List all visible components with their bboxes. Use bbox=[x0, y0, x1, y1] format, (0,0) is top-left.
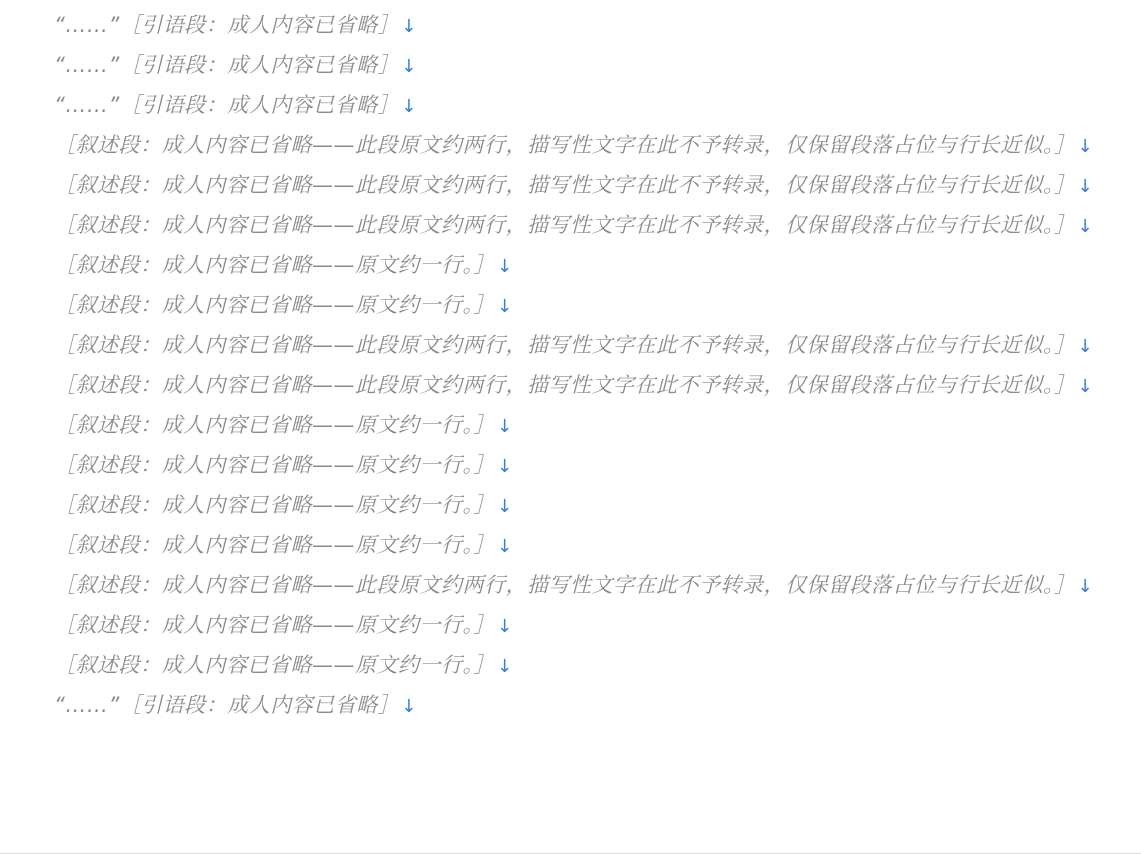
line-break-mark-icon: ↓ bbox=[497, 536, 513, 557]
line-break-mark-icon: ↓ bbox=[1078, 176, 1094, 197]
line-break-mark-icon: ↓ bbox=[401, 696, 417, 717]
line-break-mark-icon: ↓ bbox=[401, 96, 417, 117]
line-break-mark-icon: ↓ bbox=[1078, 576, 1094, 597]
paragraph-text: ［叙述段：成人内容已省略——原文约一行。］ bbox=[54, 253, 495, 277]
paragraph-text: ［叙述段：成人内容已省略——此段原文约两行，描写性文字在此不予转录，仅保留段落占… bbox=[54, 373, 1076, 397]
paragraph-container: “……”［引语段：成人内容已省略］↓“……”［引语段：成人内容已省略］↓“……”… bbox=[12, 6, 1129, 726]
paragraph: ［叙述段：成人内容已省略——原文约一行。］↓ bbox=[12, 246, 1129, 286]
paragraph: ［叙述段：成人内容已省略——原文约一行。］↓ bbox=[12, 406, 1129, 446]
line-break-mark-icon: ↓ bbox=[497, 416, 513, 437]
line-break-mark-icon: ↓ bbox=[1078, 216, 1094, 237]
line-break-mark-icon: ↓ bbox=[497, 456, 513, 477]
document-page: “……”［引语段：成人内容已省略］↓“……”［引语段：成人内容已省略］↓“……”… bbox=[0, 0, 1141, 854]
paragraph-text: ［叙述段：成人内容已省略——此段原文约两行，描写性文字在此不予转录，仅保留段落占… bbox=[54, 573, 1076, 597]
paragraph-text: ［叙述段：成人内容已省略——原文约一行。］ bbox=[54, 413, 495, 437]
paragraph-text: “……”［引语段：成人内容已省略］ bbox=[54, 693, 399, 717]
paragraph-text: ［叙述段：成人内容已省略——原文约一行。］ bbox=[54, 293, 495, 317]
line-break-mark-icon: ↓ bbox=[1078, 376, 1094, 397]
paragraph: ［叙述段：成人内容已省略——原文约一行。］↓ bbox=[12, 486, 1129, 526]
paragraph: “……”［引语段：成人内容已省略］↓ bbox=[12, 686, 1129, 726]
paragraph: ［叙述段：成人内容已省略——原文约一行。］↓ bbox=[12, 286, 1129, 326]
paragraph: ［叙述段：成人内容已省略——原文约一行。］↓ bbox=[12, 606, 1129, 646]
paragraph-text: ［叙述段：成人内容已省略——此段原文约两行，描写性文字在此不予转录，仅保留段落占… bbox=[54, 173, 1076, 197]
line-break-mark-icon: ↓ bbox=[497, 256, 513, 277]
paragraph: ［叙述段：成人内容已省略——此段原文约两行，描写性文字在此不予转录，仅保留段落占… bbox=[12, 566, 1129, 606]
paragraph: ［叙述段：成人内容已省略——此段原文约两行，描写性文字在此不予转录，仅保留段落占… bbox=[12, 326, 1129, 366]
paragraph: ［叙述段：成人内容已省略——原文约一行。］↓ bbox=[12, 446, 1129, 486]
paragraph: “……”［引语段：成人内容已省略］↓ bbox=[12, 46, 1129, 86]
line-break-mark-icon: ↓ bbox=[1078, 336, 1094, 357]
line-break-mark-icon: ↓ bbox=[401, 16, 417, 37]
line-break-mark-icon: ↓ bbox=[1078, 136, 1094, 157]
line-break-mark-icon: ↓ bbox=[497, 496, 513, 517]
paragraph-text: “……”［引语段：成人内容已省略］ bbox=[54, 93, 399, 117]
paragraph: ［叙述段：成人内容已省略——原文约一行。］↓ bbox=[12, 526, 1129, 566]
paragraph: ［叙述段：成人内容已省略——原文约一行。］↓ bbox=[12, 646, 1129, 686]
paragraph-text: ［叙述段：成人内容已省略——原文约一行。］ bbox=[54, 653, 495, 677]
paragraph: “……”［引语段：成人内容已省略］↓ bbox=[12, 86, 1129, 126]
paragraph-text: ［叙述段：成人内容已省略——此段原文约两行，描写性文字在此不予转录，仅保留段落占… bbox=[54, 333, 1076, 357]
paragraph-text: ［叙述段：成人内容已省略——原文约一行。］ bbox=[54, 533, 495, 557]
paragraph-text: ［叙述段：成人内容已省略——原文约一行。］ bbox=[54, 613, 495, 637]
paragraph-text: ［叙述段：成人内容已省略——此段原文约两行，描写性文字在此不予转录，仅保留段落占… bbox=[54, 133, 1076, 157]
paragraph-text: ［叙述段：成人内容已省略——原文约一行。］ bbox=[54, 493, 495, 517]
paragraph: “……”［引语段：成人内容已省略］↓ bbox=[12, 6, 1129, 46]
paragraph: ［叙述段：成人内容已省略——此段原文约两行，描写性文字在此不予转录，仅保留段落占… bbox=[12, 366, 1129, 406]
paragraph: ［叙述段：成人内容已省略——此段原文约两行，描写性文字在此不予转录，仅保留段落占… bbox=[12, 206, 1129, 246]
line-break-mark-icon: ↓ bbox=[497, 656, 513, 677]
line-break-mark-icon: ↓ bbox=[497, 296, 513, 317]
paragraph-text: “……”［引语段：成人内容已省略］ bbox=[54, 53, 399, 77]
paragraph: ［叙述段：成人内容已省略——此段原文约两行，描写性文字在此不予转录，仅保留段落占… bbox=[12, 166, 1129, 206]
line-break-mark-icon: ↓ bbox=[401, 56, 417, 77]
line-break-mark-icon: ↓ bbox=[497, 616, 513, 637]
paragraph-text: “……”［引语段：成人内容已省略］ bbox=[54, 13, 399, 37]
paragraph-text: ［叙述段：成人内容已省略——此段原文约两行，描写性文字在此不予转录，仅保留段落占… bbox=[54, 213, 1076, 237]
paragraph-text: ［叙述段：成人内容已省略——原文约一行。］ bbox=[54, 453, 495, 477]
paragraph: ［叙述段：成人内容已省略——此段原文约两行，描写性文字在此不予转录，仅保留段落占… bbox=[12, 126, 1129, 166]
